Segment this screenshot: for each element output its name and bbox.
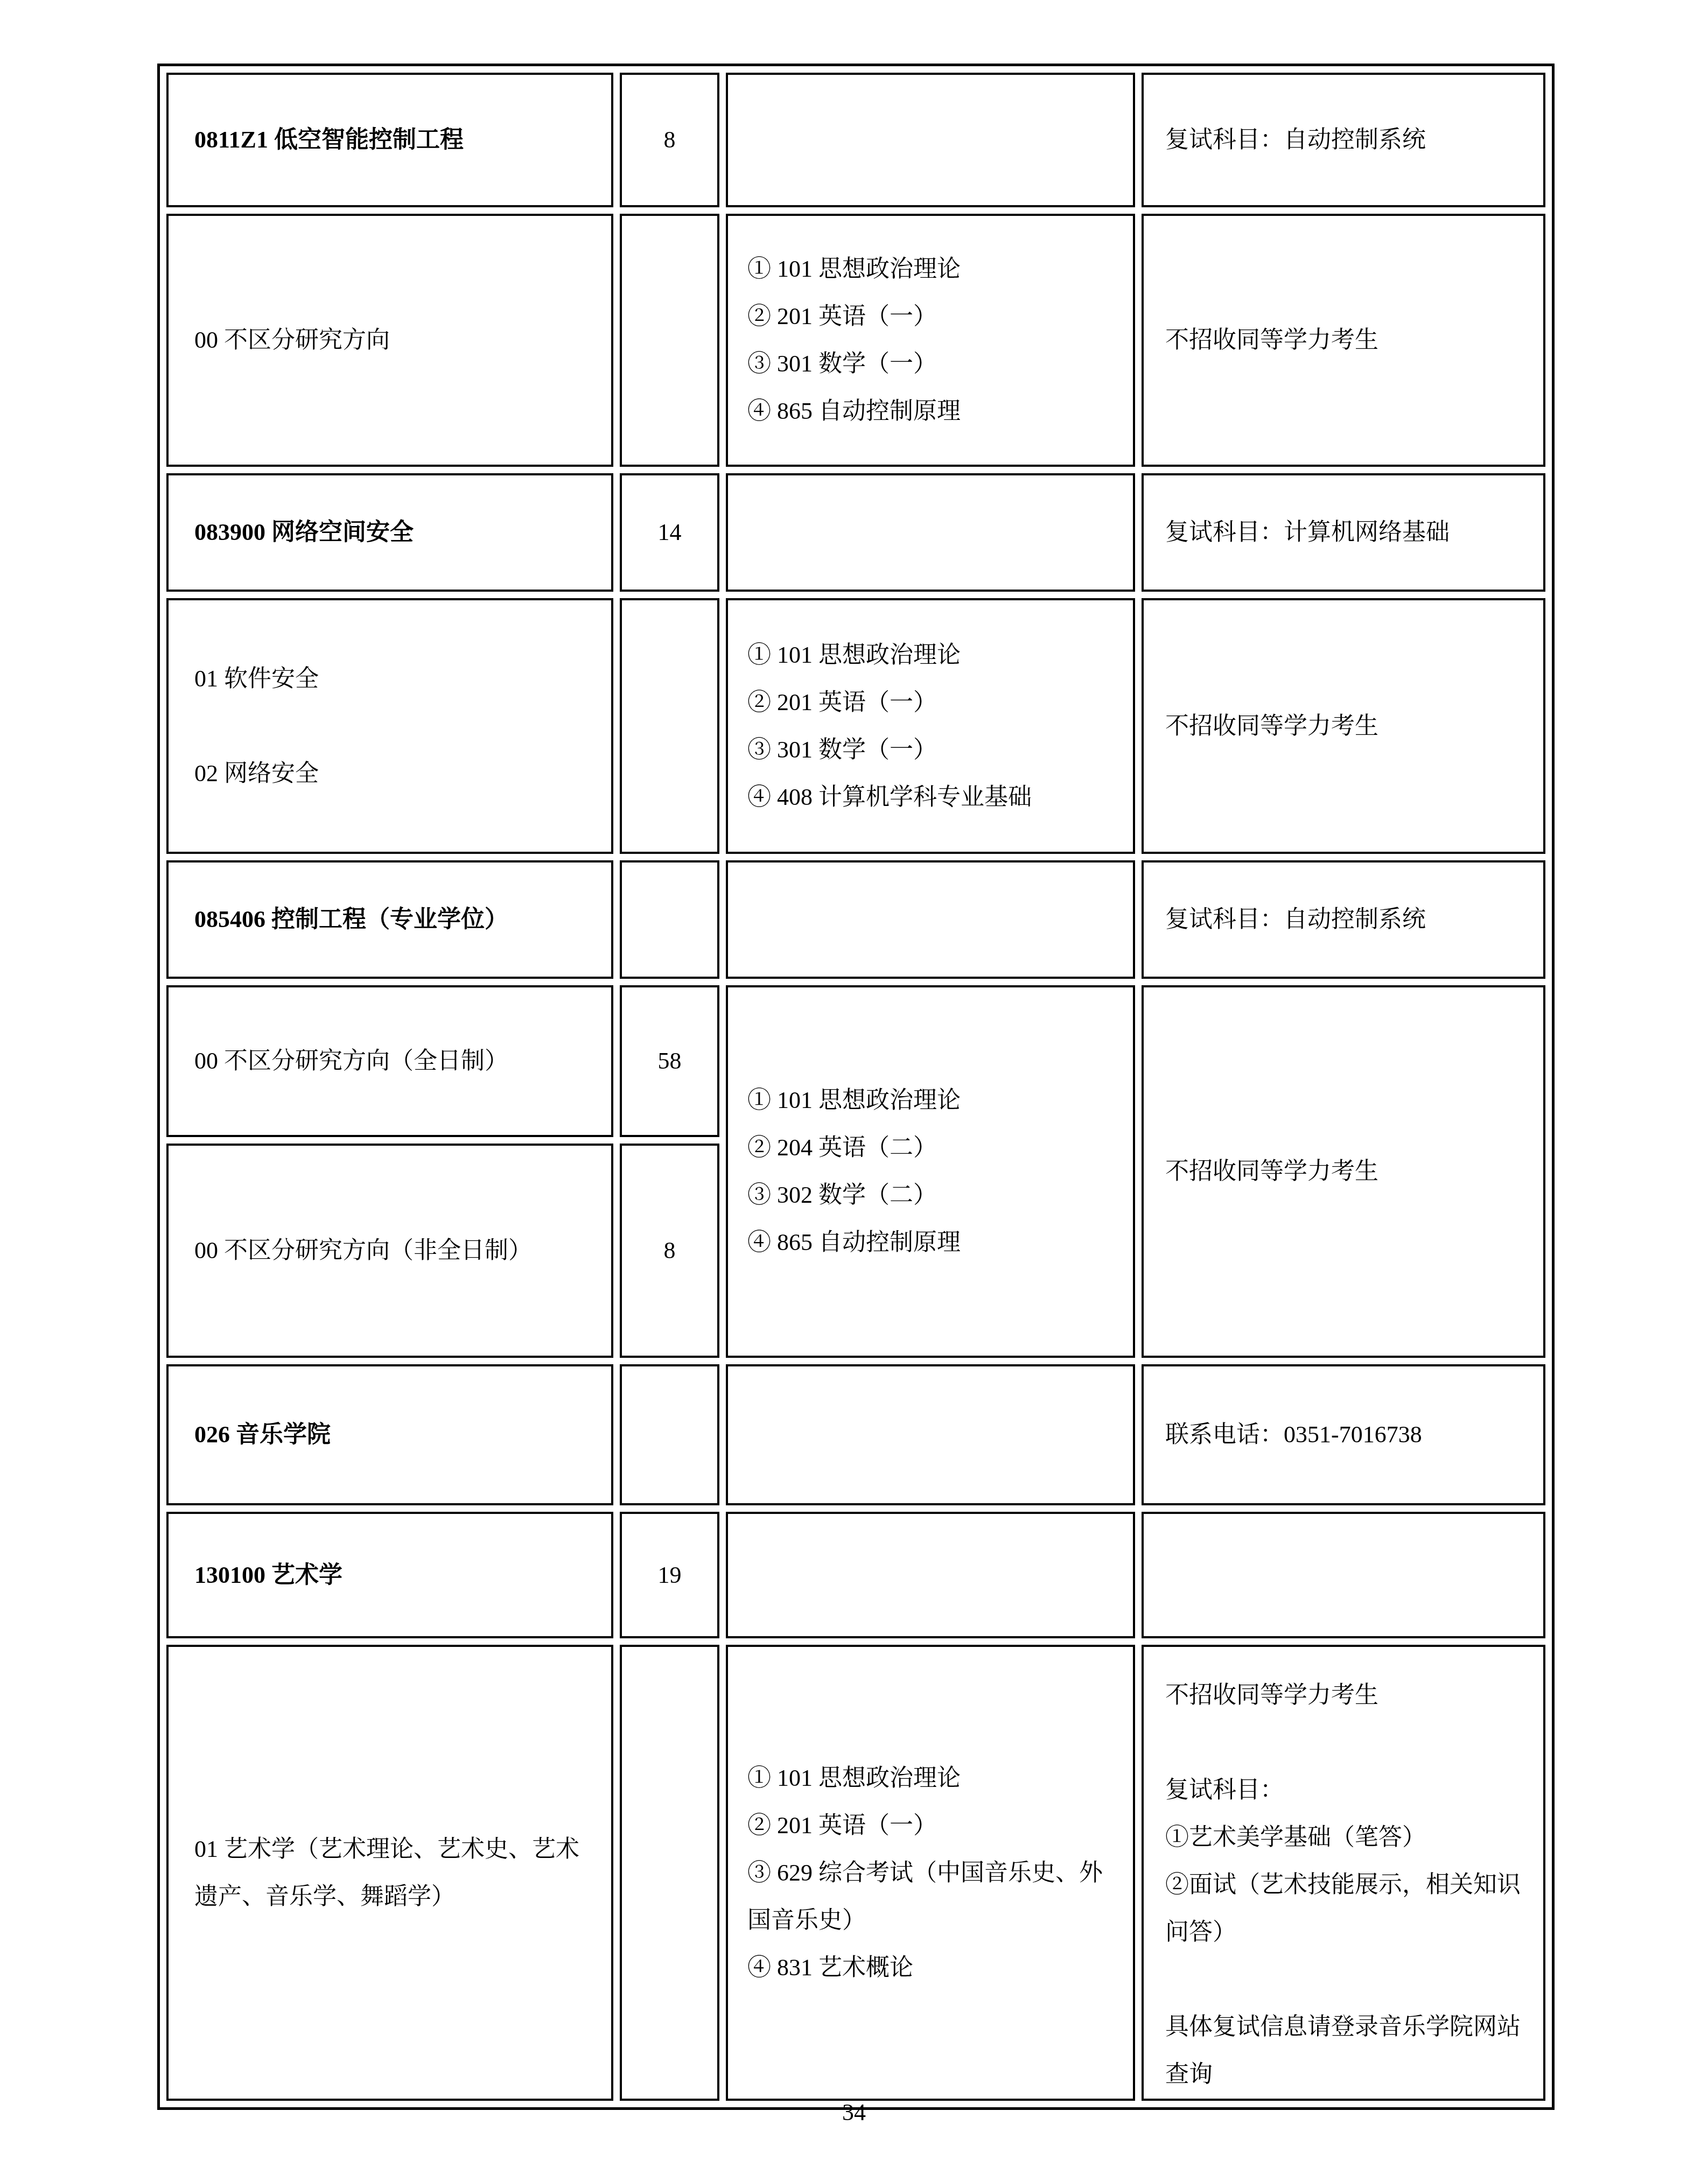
empty-subjects-cell [726, 1364, 1135, 1505]
remark-text: 不招收同等学力考生 复试科目： ①艺术美学基础（笔答） ②面试（艺术技能展示，相… [1165, 1672, 1528, 2098]
subjects-text: ① 101 思想政治理论 ② 201 英语（一） ③ 629 综合考试（中国音乐… [747, 1755, 1122, 1991]
table-row: 01 软件安全 02 网络安全 ① 101 思想政治理论 ② 201 英语（一）… [166, 598, 1545, 854]
college-name-cell: 026 音乐学院 [166, 1364, 613, 1505]
table-row: 01 艺术学（艺术理论、艺术史、艺术遗产、音乐学、舞蹈学） ① 101 思想政治… [166, 1645, 1545, 2101]
program-name-text: 085406 控制工程（专业学位） [194, 896, 600, 943]
direction-name-text: 00 不区分研究方向（非全日制） [194, 1227, 600, 1274]
remark-cell: 不招收同等学力考生 [1142, 214, 1545, 467]
quota-cell: 58 [620, 985, 719, 1137]
table-row: 00 不区分研究方向（全日制） 58 ① 101 思想政治理论 ② 204 英语… [166, 985, 1545, 1137]
subjects-text: ① 101 思想政治理论 ② 201 英语（一） ③ 301 数学（一） ④ 8… [747, 246, 1122, 435]
table-row: 085406 控制工程（专业学位） 复试科目：自动控制系统 [166, 860, 1545, 979]
direction-name-text: 00 不区分研究方向（全日制） [194, 1037, 600, 1085]
remark-text: 联系电话：0351-7016738 [1165, 1411, 1528, 1458]
document-page: 0811Z1 低空智能控制工程 8 复试科目：自动控制系统 00 不区分研究方向… [0, 0, 1708, 2160]
program-name-cell: 130100 艺术学 [166, 1512, 613, 1638]
subjects-cell: ① 101 思想政治理论 ② 201 英语（一） ③ 629 综合考试（中国音乐… [726, 1645, 1135, 2101]
direction-name-cell: 01 艺术学（艺术理论、艺术史、艺术遗产、音乐学、舞蹈学） [166, 1645, 613, 2101]
program-name-cell: 085406 控制工程（专业学位） [166, 860, 613, 979]
quota-text: 58 [622, 1037, 717, 1085]
remark-text: 复试科目：自动控制系统 [1165, 896, 1528, 943]
subjects-cell: ① 101 思想政治理论 ② 201 英语（一） ③ 301 数学（一） ④ 8… [726, 214, 1135, 467]
remark-text: 不招收同等学力考生 [1165, 1148, 1528, 1195]
empty-remark-cell [1142, 1512, 1545, 1638]
remark-cell: 复试科目：计算机网络基础 [1142, 473, 1545, 592]
direction-name-cell: 01 软件安全 02 网络安全 [166, 598, 613, 854]
program-name-text: 130100 艺术学 [194, 1552, 600, 1599]
empty-subjects-cell [726, 73, 1135, 207]
program-name-cell: 0811Z1 低空智能控制工程 [166, 73, 613, 207]
direction-name-text: 01 艺术学（艺术理论、艺术史、艺术遗产、音乐学、舞蹈学） [194, 1826, 600, 1920]
empty-subjects-cell [726, 1512, 1135, 1638]
quota-cell [620, 1364, 719, 1505]
remark-cell: 联系电话：0351-7016738 [1142, 1364, 1545, 1505]
table-row: 026 音乐学院 联系电话：0351-7016738 [166, 1364, 1545, 1505]
quota-cell [620, 214, 719, 467]
quota-cell: 8 [620, 1144, 719, 1358]
direction-name-cell: 00 不区分研究方向（全日制） [166, 985, 613, 1137]
quota-cell [620, 598, 719, 854]
quota-cell: 8 [620, 73, 719, 207]
quota-cell [620, 860, 719, 979]
remark-text: 不招收同等学力考生 [1165, 703, 1528, 750]
subjects-text: ① 101 思想政治理论 ② 201 英语（一） ③ 301 数学（一） ④ 4… [747, 632, 1122, 821]
subjects-cell: ① 101 思想政治理论 ② 204 英语（二） ③ 302 数学（二） ④ 8… [726, 985, 1135, 1358]
remark-cell: 不招收同等学力考生 复试科目： ①艺术美学基础（笔答） ②面试（艺术技能展示，相… [1142, 1645, 1545, 2101]
table-row: 00 不区分研究方向 ① 101 思想政治理论 ② 201 英语（一） ③ 30… [166, 214, 1545, 467]
subjects-text: ① 101 思想政治理论 ② 204 英语（二） ③ 302 数学（二） ④ 8… [747, 1077, 1122, 1266]
table-row: 130100 艺术学 19 [166, 1512, 1545, 1638]
table-row: 083900 网络空间安全 14 复试科目：计算机网络基础 [166, 473, 1545, 592]
empty-subjects-cell [726, 473, 1135, 592]
direction-name-text: 01 软件安全 02 网络安全 [194, 655, 600, 797]
remark-text: 复试科目：自动控制系统 [1165, 116, 1528, 164]
table-row: 0811Z1 低空智能控制工程 8 复试科目：自动控制系统 [166, 73, 1545, 207]
college-name-text: 026 音乐学院 [194, 1411, 600, 1458]
remark-text: 复试科目：计算机网络基础 [1165, 509, 1528, 556]
direction-name-text: 00 不区分研究方向 [194, 317, 600, 364]
quota-text: 8 [622, 1227, 717, 1274]
quota-text: 19 [622, 1552, 717, 1599]
subjects-cell: ① 101 思想政治理论 ② 201 英语（一） ③ 301 数学（一） ④ 4… [726, 598, 1135, 854]
quota-cell: 14 [620, 473, 719, 592]
remark-cell: 复试科目：自动控制系统 [1142, 73, 1545, 207]
empty-subjects-cell [726, 860, 1135, 979]
program-name-text: 083900 网络空间安全 [194, 509, 600, 556]
program-name-text: 0811Z1 低空智能控制工程 [194, 116, 600, 164]
remark-cell: 复试科目：自动控制系统 [1142, 860, 1545, 979]
direction-name-cell: 00 不区分研究方向 [166, 214, 613, 467]
page-number: 34 [0, 2099, 1708, 2126]
direction-name-cell: 00 不区分研究方向（非全日制） [166, 1144, 613, 1358]
program-name-cell: 083900 网络空间安全 [166, 473, 613, 592]
remark-cell: 不招收同等学力考生 [1142, 985, 1545, 1358]
remark-text: 不招收同等学力考生 [1165, 317, 1528, 364]
quota-text: 14 [622, 509, 717, 556]
remark-cell: 不招收同等学力考生 [1142, 598, 1545, 854]
quota-cell: 19 [620, 1512, 719, 1638]
quota-cell [620, 1645, 719, 2101]
quota-text: 8 [622, 116, 717, 164]
admissions-table: 0811Z1 低空智能控制工程 8 复试科目：自动控制系统 00 不区分研究方向… [157, 64, 1555, 2110]
